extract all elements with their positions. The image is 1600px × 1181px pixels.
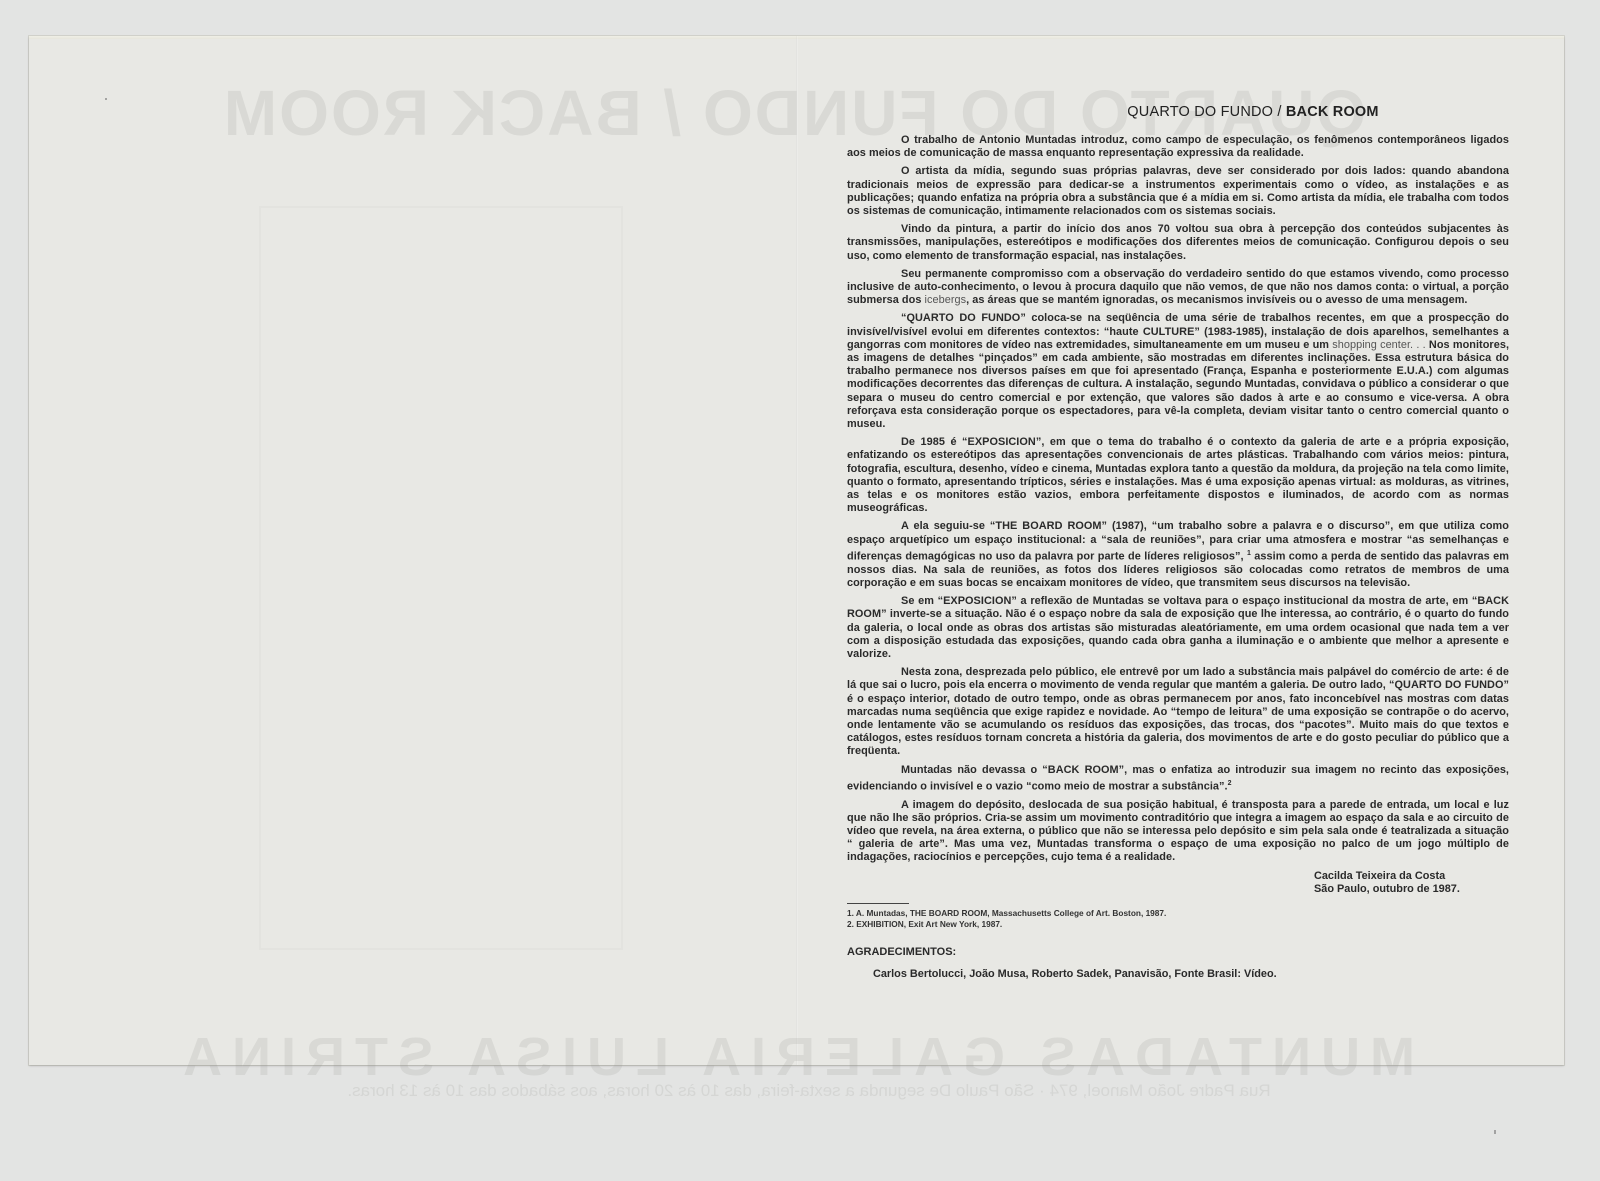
- paragraph-4: Seu permanente compromisso com a observa…: [847, 268, 1509, 308]
- paper-speck: [105, 98, 107, 100]
- paragraph-3: Vindo da pintura, a partir do início dos…: [847, 223, 1509, 263]
- acknowledgements-text: Carlos Bertolucci, João Musa, Roberto Sa…: [873, 968, 1509, 980]
- essay: QUARTO DO FUNDO / BACK ROOM O trabalho d…: [847, 104, 1509, 980]
- acknowledgements-heading: AGRADECIMENTOS:: [847, 946, 1509, 958]
- document-title: QUARTO DO FUNDO / BACK ROOM: [997, 104, 1509, 120]
- footnote-1: 1. A. Muntadas, THE BOARD ROOM, Massachu…: [847, 908, 1509, 919]
- paragraph-7: A ela seguiu-se “THE BOARD ROOM” (1987),…: [847, 520, 1509, 590]
- paragraph-4-emphasis: icebergs: [925, 294, 967, 306]
- paragraph-4-text-end: , as áreas que se mantém ignoradas, os m…: [966, 294, 1467, 306]
- paragraph-10-text: Muntadas não devassa o “BACK ROOM”, mas …: [847, 764, 1509, 793]
- signature-place-date: São Paulo, outubro de 1987.: [1314, 883, 1509, 897]
- signature: Cacilda Teixeira da Costa São Paulo, out…: [1314, 870, 1509, 897]
- bleed-through-image-frame: [259, 206, 623, 950]
- paragraph-11: A imagem do depósito, deslocada de sua p…: [847, 799, 1509, 865]
- paper-speck: [1494, 1130, 1496, 1134]
- left-page-blank: [29, 36, 796, 1065]
- paragraph-1: O trabalho de Antonio Muntadas introduz,…: [847, 134, 1509, 160]
- paragraph-5-text-end: Nos monitores, as imagens de detalhes “p…: [847, 339, 1509, 430]
- bleed-through-gallery-hours: Rua Padre João Manoel, 974 · São Paulo D…: [124, 1081, 1494, 1101]
- footnote-divider: [847, 903, 909, 904]
- signature-author: Cacilda Teixeira da Costa: [1314, 870, 1509, 884]
- paragraph-2: O artista da mídia, segundo suas própria…: [847, 165, 1509, 218]
- footnote-2: 2. EXHIBITION, Exit Art New York, 1987.: [847, 919, 1509, 930]
- footnote-marker-2: 2: [1228, 780, 1232, 787]
- paragraph-5: “QUARTO DO FUNDO” coloca-se na seqüência…: [847, 312, 1509, 431]
- paragraph-8: Se em “EXPOSICION” a reflexão de Muntada…: [847, 595, 1509, 661]
- title-english: BACK ROOM: [1286, 104, 1379, 120]
- title-portuguese: QUARTO DO FUNDO /: [1127, 104, 1286, 120]
- paragraph-9: Nesta zona, desprezada pelo público, ele…: [847, 666, 1509, 758]
- paragraph-6: De 1985 é “EXPOSICION”, em que o tema do…: [847, 436, 1509, 515]
- paragraph-5-emphasis: shopping center. . .: [1332, 339, 1425, 351]
- paragraph-10: Muntadas não devassa o “BACK ROOM”, mas …: [847, 764, 1509, 794]
